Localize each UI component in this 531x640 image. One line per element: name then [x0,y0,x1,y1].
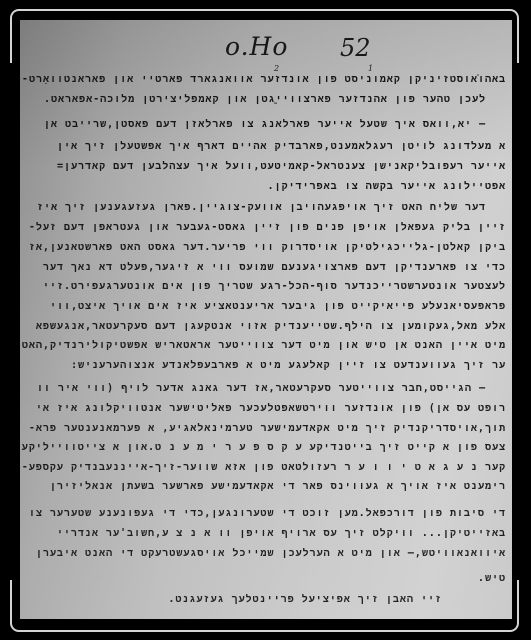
text-line: — יא,וואס איך שטעל אייער פארלאנג צו פארל… [44,119,486,131]
page-number: 52 [340,34,371,62]
text-line: באזייטיקן... וויקלט זיך עס ארויף אויפן ו… [57,528,506,540]
text-line: דער שליח האט זיך אויפגעהויבן אוועק-צוגיי… [37,202,486,214]
text-line: צעס פון א קייט זיך בייטנדיקע ע ק ס פ ע ר… [20,442,506,454]
text-line: זיין בליק געפאלן אויפן פנים פון זיין גאס… [29,222,506,234]
text-line: לעכן טהער פון אהנדזער פארצוויי̱גטן און ק… [44,94,486,106]
text-line: מיט איין האנט אן טיש און מיט דער צווייטע… [22,340,506,352]
text-line: ער זיך געווענדעט צו זיין קאלעגע מיט א פא… [71,360,506,372]
text-line: באהו̇אוסטזיניקן קאמוניסט פון אונדזער אוו… [22,74,506,86]
text-line: א מעלדונג לויטן רעגלאמענט,פארבדיק אהיים … [57,141,506,153]
text-line: ביקן קאלטן-גלייכגילטיקן אויסדרוק ווי פרי… [29,242,506,254]
text-line: פראפעסיאנעלע פייאיקייט פון גיבער אריענטא… [50,301,506,313]
page-header: o.Ho 52 [20,32,512,64]
annotation-1: 1 [368,64,373,73]
handwritten-mark: o.Ho [225,32,288,61]
text-line: אפטיילונג אייער בקשה צו באפרידיקן. [267,181,506,193]
text-line: די סיבות פון דורכפאל.מען זוכט די שטערונג… [29,508,506,520]
text-line: זיי האבן זיך אפיציעל פריינטלעך געזעגנט. [168,594,442,606]
text-line: תוך,אויסדריקנדיק זיך מיט אקאדעמישער טערמ… [29,423,506,435]
text-line: טיש. [478,573,506,585]
text-line: — הגייסט,חבר צווייטער סעקרעטאר,אז דער גא… [37,383,486,395]
text-line: רופט עס אן) פון אונדזער ווירטשאפטלעכער פ… [36,403,506,415]
text-line: איוואנאוויטש,— און מיט א הערלעכן שמייכל … [36,548,506,560]
annotation-2: 2 [274,64,279,73]
text-line: אייער רעפובליקאנישן צענטראל-קאמיטעט,וועל… [57,161,506,173]
text-line: רימענט איז אויך א געווינס פאר די אקאדעמי… [50,481,506,493]
text-line: קער נ ע ג א ט י ו ו ע ר רעזולטאט פון אזא… [22,462,506,474]
text-line: לעצטער אונטערשטרייכנדער סוף-הכל-רגע שטרי… [43,281,506,293]
scanned-page: o.Ho 52 1 2 באהו̇אוסטזיניקן קאמוניסט פון… [20,20,512,619]
text-line: אלע מאל,געקומען צו הילף.שטייענדיק אזוי א… [36,321,506,333]
text-line: כדי צו פארענדיקן דעם פארצויגענעם שמועס ו… [43,262,506,274]
